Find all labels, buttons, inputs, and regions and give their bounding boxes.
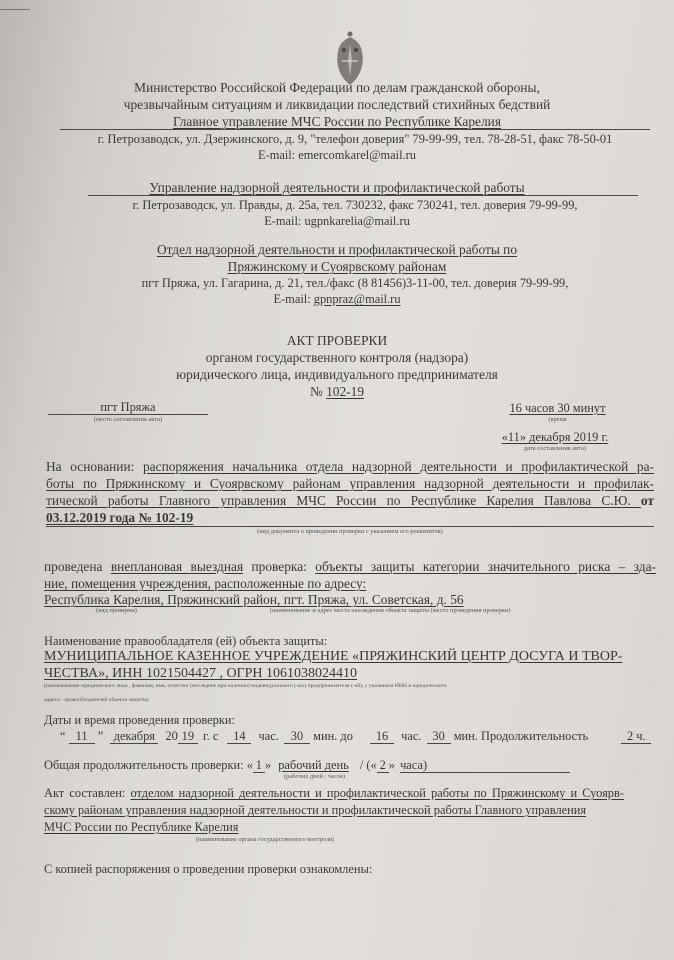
composed-text-1: отделом надзорной деятельности и профила… xyxy=(130,786,624,800)
supervision-department-name: Управление надзорной деятельности и проф… xyxy=(0,180,674,196)
owner-caption-2: адреса - правообладателей объекта защиты… xyxy=(44,697,149,703)
act-date: «11» декабря 2019 г. xyxy=(494,430,616,445)
inspection-line-1: проведена внеплановая выездная проверка:… xyxy=(44,559,656,575)
header-divider-2 xyxy=(88,195,638,196)
owner-caption-1: (наименование юридического лица , фамили… xyxy=(44,683,447,689)
schedule-from-hour: 14 xyxy=(227,729,251,744)
schedule-to-hour: 16 xyxy=(370,729,394,744)
basis-order-reference: 03.12.2019 года № 102-19 xyxy=(46,510,193,526)
owner-name-line-2: ЧЕСТВА», ИНН 1021504427 , ОГРН 106103802… xyxy=(44,666,357,682)
act-place: пгт Пряжа xyxy=(48,401,208,415)
emercom-emblem-icon xyxy=(330,30,370,85)
act-subtitle-2: юридического лица, индивидуального предп… xyxy=(0,367,674,383)
local-email-label: E-mail: xyxy=(273,292,313,306)
local-department-address: пгт Пряжа, ул. Гагарина, д. 21, тел./фак… xyxy=(60,276,650,291)
act-number: 102-19 xyxy=(326,384,364,399)
main-department-address: г. Петрозаводск, ул. Дзержинского, д. 9,… xyxy=(60,132,650,147)
schedule-label: Даты и время проведения проверки: xyxy=(44,713,235,728)
local-email-link[interactable]: gpnpraz@mail.ru xyxy=(314,292,401,306)
owner-name-line-1: МУНИЦИПАЛЬНОЕ КАЗЕННОЕ УЧРЕЖДЕНИЕ «ПРЯЖИ… xyxy=(44,649,622,665)
act-date-caption: дата составления акта) xyxy=(494,445,616,452)
schedule-year-suffix: 19 xyxy=(178,729,198,744)
schedule-day: 11 xyxy=(69,729,95,744)
total-duration-hours-close: » xyxy=(389,758,395,772)
total-duration-days-unit: рабочий день xyxy=(278,758,349,772)
main-department-name: Главное управление МЧС России по Республ… xyxy=(0,114,674,130)
schedule-from-min: 30 xyxy=(284,729,310,744)
inspection-object-2: ние, помещения учреждения, расположенные… xyxy=(44,576,366,592)
basis-text-1: распоряжения начальника отдела надзорной… xyxy=(143,459,654,474)
basis-caption: (вид документа о проведении проверки с у… xyxy=(46,528,654,535)
basis-line-2: боты по Пряжинскому и Суоярвскому района… xyxy=(46,476,654,492)
inspection-object-1: объекты защиты категории значительного р… xyxy=(315,559,656,574)
act-title: АКТ ПРОВЕРКИ xyxy=(0,333,674,349)
open-quote: “ xyxy=(60,729,66,743)
basis-text-3: тической работы Главного управления МЧС … xyxy=(46,493,641,508)
local-department-name-line-2: Пряжинскому и Суоярвскому районам xyxy=(0,259,674,275)
basis-line-3: тической работы Главного управления МЧС … xyxy=(46,493,654,509)
total-duration-row: Общая продолжительность проверки: «1» ра… xyxy=(44,758,570,773)
schedule-min-to-word: мин. до xyxy=(313,729,353,743)
schedule-month: декабря xyxy=(110,729,158,744)
inspection-address-caption: (наименование и адрес места нахождения о… xyxy=(270,607,511,614)
act-time-caption: (время xyxy=(500,416,615,423)
total-duration-separator: / (« xyxy=(360,758,377,772)
ministry-line-1: Министерство Российской Федерации по дел… xyxy=(0,80,674,96)
composed-line-2: скому районам управления надзорной деяте… xyxy=(44,803,586,818)
basis-underline xyxy=(46,526,654,527)
composed-line-3: МЧС России по Республике Карелия xyxy=(44,820,238,835)
inspection-prefix: проведена xyxy=(44,559,111,574)
header-divider-1 xyxy=(60,129,650,130)
act-place-caption: (место составления акта) xyxy=(48,416,208,423)
supervision-department-address: г. Петрозаводск, ул. Правды, д. 25а, тел… xyxy=(60,198,650,213)
ministry-line-2: чрезвычайным ситуациям и ликвидации посл… xyxy=(0,97,674,113)
total-duration-hours-unit: часа) xyxy=(400,758,570,773)
local-department-email-row: E-mail: gpnpraz@mail.ru xyxy=(0,292,674,307)
edge-line xyxy=(0,9,30,10)
inspection-act-document: Министерство Российской Федерации по дел… xyxy=(0,0,674,960)
inspection-type-caption: (вид проверки) xyxy=(96,607,137,614)
main-department-email: E-mail: emercomkarel@mail.ru xyxy=(0,148,674,163)
composed-caption: (наименование органа государственного ко… xyxy=(196,836,334,843)
inspection-middle: проверка: xyxy=(243,559,315,574)
local-department-name-line-1: Отдел надзорной деятельности и профилакт… xyxy=(0,242,674,258)
total-duration-label: Общая продолжительность проверки: « xyxy=(44,758,253,772)
act-time: 16 часов 30 минут xyxy=(500,401,615,416)
schedule-row: “ 11 ” декабря 2019 г. с 14 час. 30 мин.… xyxy=(60,729,651,744)
composed-line-1: Акт составлен: отделом надзорной деятель… xyxy=(44,786,624,801)
close-quote: ” xyxy=(98,729,104,743)
owner-label: Наименование правообладателя (ей) объект… xyxy=(44,634,327,649)
inspection-address: Республика Карелия, Пряжинский район, пг… xyxy=(44,592,464,608)
supervision-department-email: E-mail: ugpnkarelia@mail.ru xyxy=(0,214,674,229)
act-number-row: № 102-19 xyxy=(0,384,674,400)
basis-line-1: На основании: распоряжения начальника от… xyxy=(46,459,654,475)
schedule-to-min: 30 xyxy=(427,729,451,744)
schedule-hour-word-2: час. xyxy=(401,729,421,743)
total-duration-close: » xyxy=(265,758,271,772)
total-duration-hours: 2 xyxy=(377,758,389,773)
inspection-type: внеплановая выездная xyxy=(111,559,243,574)
acknowledgement-text: С копией распоряжения о проведении прове… xyxy=(44,862,372,877)
schedule-hour-word: час. xyxy=(259,729,279,743)
basis-label: На основании: xyxy=(46,459,143,474)
composed-label: Акт составлен: xyxy=(44,786,130,800)
schedule-from-word: г. с xyxy=(203,729,218,743)
basis-text-3-bold: от xyxy=(641,493,654,508)
act-number-label: № xyxy=(310,384,326,399)
act-subtitle-1: органом государственного контроля (надзо… xyxy=(0,350,674,366)
schedule-duration: 2 ч. xyxy=(621,729,651,744)
schedule-duration-word: мин. Продолжительность xyxy=(454,729,588,743)
total-duration-caption: (рабочих дней / часов) xyxy=(284,773,345,780)
total-duration-days: 1 xyxy=(253,758,265,773)
schedule-year-prefix: 20 xyxy=(165,729,177,743)
